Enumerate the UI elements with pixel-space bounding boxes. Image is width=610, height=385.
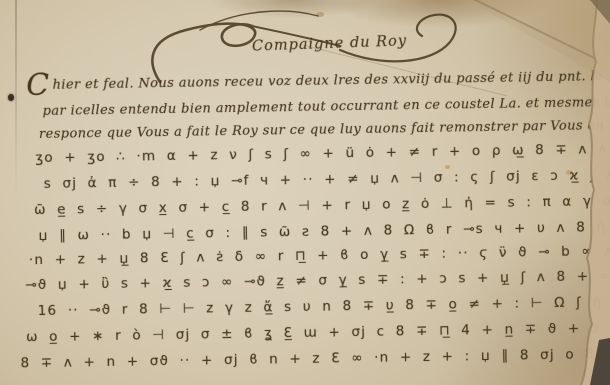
manuscript-photo: Compaigne du Roy Chier et feal. Nous auo…: [0, 0, 610, 385]
cipher-line-2: s σj ἀ π ÷ 8 + : џ ⊸f ч + ·· + ≠ џ ʌ ⊣ σ…: [44, 165, 610, 192]
cipher-line-9: 8 ∓ ʌ + n + σϑ ·· + σj ϐ n + z Ɛ ∞ ·n + …: [20, 345, 610, 371]
french-line-3: responce que Vous a fait le Roy sur ce q…: [39, 118, 610, 142]
cipher-line-3: ῶ e̲ s ÷ γ σ x̲ σ + c̲ 8 r ʌ ⊣ + r џ o z…: [34, 192, 610, 218]
cipher-line-7: 16 ·· ⊸ϑ r 8 ⊢ ⊢ z γ z ἄ̲ s υ n 8 ∓ υ̲ 8…: [38, 294, 610, 319]
ink-stain: [445, 165, 450, 169]
cipher-line-6: ⊸ϑ џ + ὒ s + ϰ̲ s ɔ ∞ ⊸ϑ z̲ ≠ σ γ̲ s ∓ :…: [25, 266, 610, 293]
cipher-line-1: ʒo + ʒo ∴ ·m α + z ν ʃ s ʃ ∞ + ü ȯ + ≠ r…: [35, 139, 610, 166]
letter-body: Chier et feal. Nous auons receu voz deux…: [0, 0, 610, 1]
french-line-2: par icelles entendu bien amplement tout …: [42, 95, 610, 119]
cipher-line-4: џ ∥ ѡ ·· b џ ⊣ c̲ σ : ∥ s ῶ ƨ 8 + ʌ 8 Ω …: [38, 218, 610, 244]
cipher-line-8: ω o̲ + ∗ r ὸ ⊣ σj σ ± ϐ ʓ Ɛ̲ ɯ + σj ϲ 8 …: [26, 319, 610, 345]
cipher-line-5: ·n + z + џ̲ 8 Ɛ ʃ ʌ ƨ̇ δ ∞ r ⊓̲ + ϐ o γ̲…: [29, 241, 610, 268]
initial-letter: C: [26, 68, 50, 103]
paper-hole: [8, 94, 14, 101]
fold-crease-left: [15, 0, 17, 200]
